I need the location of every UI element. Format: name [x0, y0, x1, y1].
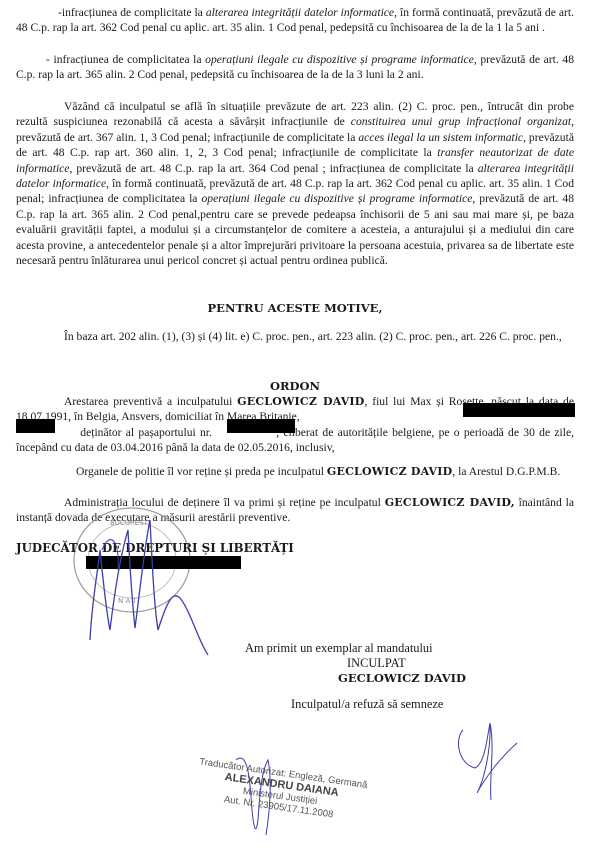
defendant-name: GECLOWICZ DAVID [237, 395, 364, 408]
redacted-address-part-2 [16, 419, 55, 433]
receipt-role: INCULPAT [347, 656, 406, 671]
redacted-address-part-1 [463, 403, 575, 417]
translator-signature [228, 750, 288, 840]
offense-paragraph-2: - infracțiunea de complicitatea la opera… [16, 52, 574, 83]
defendant-area-signature [455, 718, 525, 803]
receipt-text: Am primit un exemplar al mandatului [245, 641, 433, 656]
receipt-name: GECLOWICZ DAVID [338, 671, 466, 685]
heading-motives: PENTRU ACESTE MOTIVE, [0, 301, 590, 315]
redacted-passport-number [227, 419, 295, 433]
judge-signature [80, 510, 230, 660]
reasoning-paragraph: Văzând că inculpatul se află în situații… [16, 99, 574, 268]
police-paragraph: Organele de politie îl vor reține și pre… [16, 464, 574, 479]
heading-order: ORDON [0, 379, 590, 393]
legal-basis-paragraph: În baza art. 202 alin. (1), (3) și (4) l… [16, 329, 574, 344]
offense-paragraph-1: -infracțiunea de complicitate la alterar… [16, 5, 574, 36]
refusal-text: Inculpatul/a refuză să semneze [291, 697, 443, 712]
